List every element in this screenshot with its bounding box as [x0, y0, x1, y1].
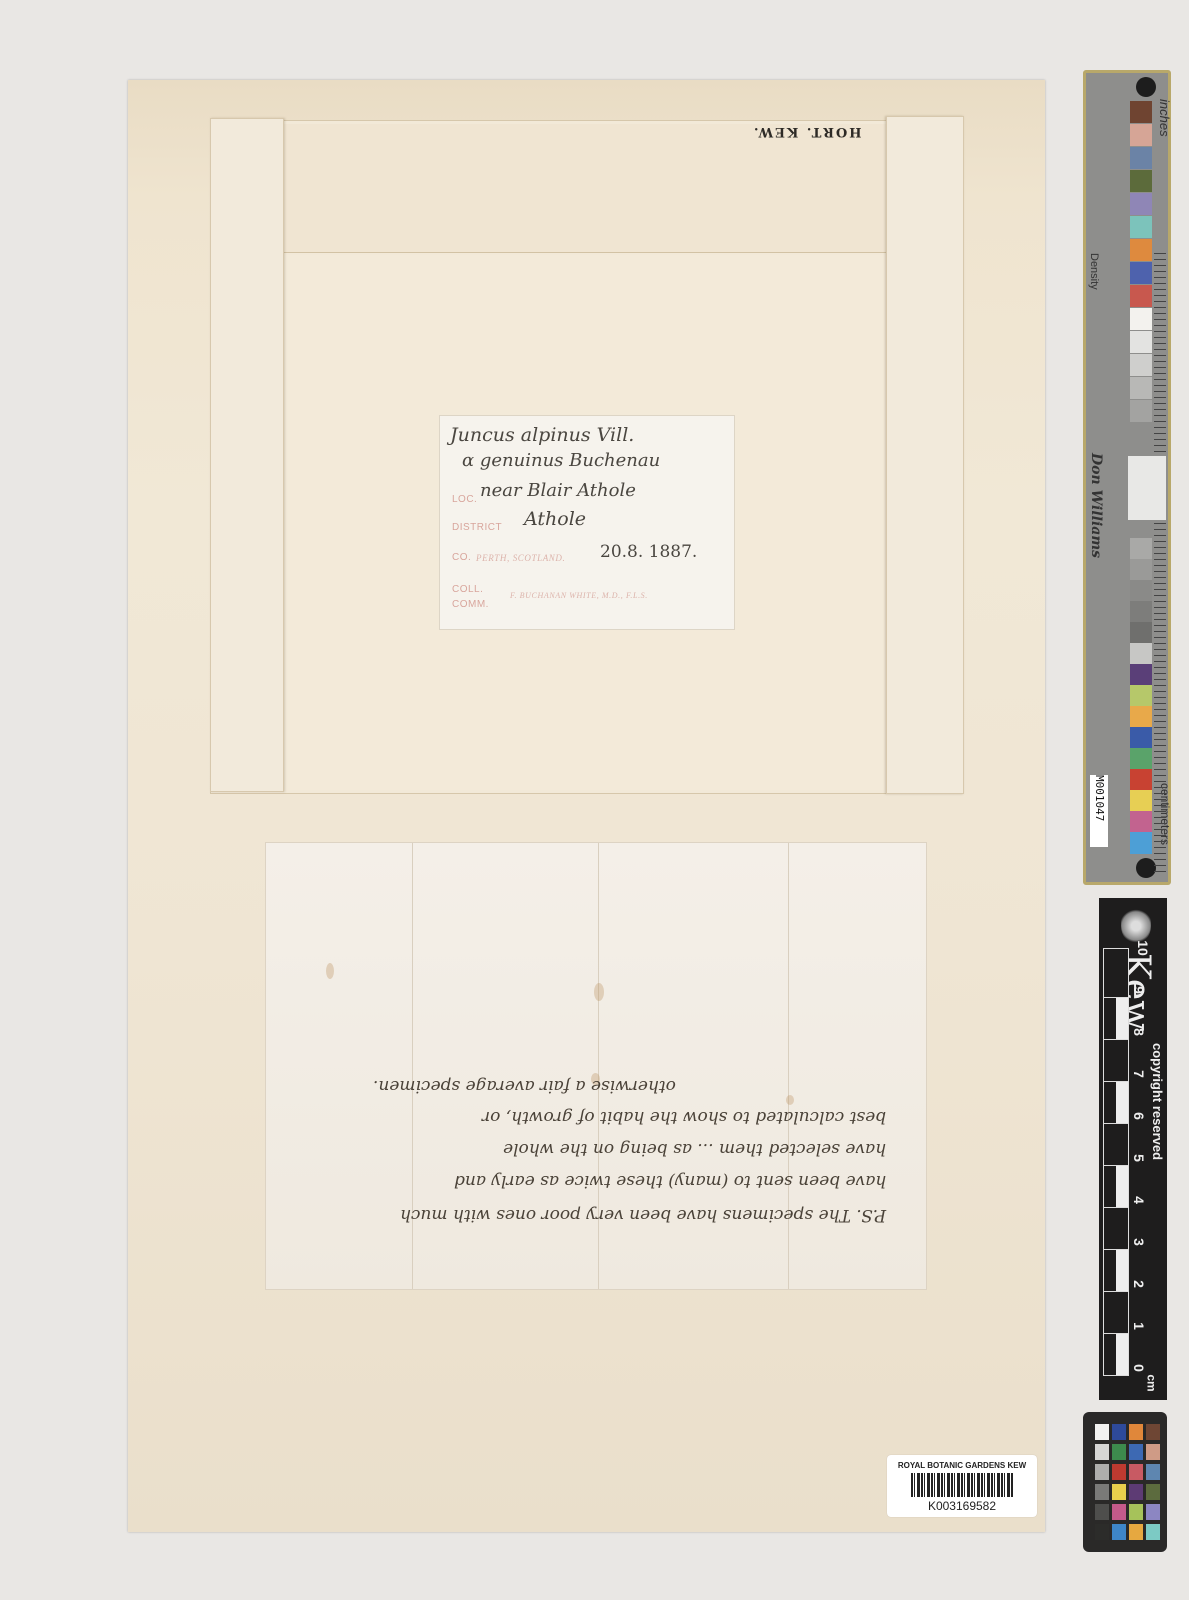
locality: near Blair Athole [480, 480, 636, 501]
ruler-hole [1136, 858, 1156, 878]
folder-right-flap[interactable] [886, 116, 964, 794]
ruler-brand: Don Williams [1088, 453, 1104, 558]
comm-label: COMM. [452, 599, 489, 610]
cm-tick-label: 0 [1131, 1364, 1147, 1372]
color-chip [1112, 1484, 1126, 1500]
taxon-name: Juncus alpinus Vill. [450, 424, 634, 446]
ruler-code-tag: M001047 [1090, 775, 1108, 847]
color-swatch [1130, 559, 1152, 581]
copyright-text: copyright reserved [1150, 1043, 1165, 1160]
attached-letter: otherwise a fair average specimen. best … [265, 842, 927, 1290]
letter-line: P.S. The specimens have been very poor o… [400, 1205, 886, 1225]
barcode-number: K003169582 [887, 1499, 1037, 1513]
folder-left-flap[interactable] [210, 118, 284, 792]
color-chip [1146, 1444, 1160, 1460]
color-chip [1095, 1444, 1109, 1460]
color-swatch [1130, 790, 1152, 812]
color-chip [1112, 1524, 1126, 1540]
color-swatch [1130, 400, 1152, 422]
color-swatch [1130, 308, 1152, 330]
color-density-ruler: inches centimeters Don Williams Density … [1083, 70, 1171, 885]
color-chip [1112, 1424, 1126, 1440]
specimen-label: Juncus alpinus Vill. α genuinus Buchenau… [439, 415, 735, 630]
stain [326, 963, 334, 979]
coll-label: COLL. [452, 584, 483, 595]
color-swatch [1130, 643, 1152, 665]
color-swatch [1130, 832, 1152, 854]
ruler-hole [1136, 77, 1156, 97]
kew-scale-bar: Kew Royal Botanic Gardens copyright rese… [1099, 898, 1167, 1400]
stain [594, 983, 604, 1001]
institution-name: ROYAL BOTANIC GARDENS KEW [887, 1461, 1037, 1470]
cm-tick-label: 6 [1131, 1112, 1147, 1120]
letter-line: have been sent to (many) these twice as … [454, 1171, 886, 1191]
color-swatch [1130, 622, 1152, 644]
color-chip [1129, 1464, 1143, 1480]
color-swatch [1130, 124, 1152, 146]
gray-target [1128, 456, 1166, 520]
barcode-icon [911, 1473, 1013, 1497]
color-chip [1146, 1504, 1160, 1520]
color-chip [1146, 1484, 1160, 1500]
color-swatch [1130, 538, 1152, 560]
color-swatch [1130, 727, 1152, 749]
color-swatch [1130, 748, 1152, 770]
district-label: DISTRICT [452, 522, 502, 533]
color-swatch [1130, 262, 1152, 284]
collector: F. BUCHANAN WHITE, M.D., F.L.S. [510, 591, 648, 600]
color-swatch [1130, 580, 1152, 602]
color-chip [1095, 1504, 1109, 1520]
letter-line: otherwise a fair average specimen. [373, 1076, 676, 1096]
inches-label: inches [1157, 99, 1172, 137]
loc-label: LOC. [452, 494, 477, 505]
color-chip [1112, 1444, 1126, 1460]
ruler-code: M001047 [1093, 775, 1106, 821]
color-chip [1095, 1464, 1109, 1480]
cm-tick-label: 3 [1131, 1238, 1147, 1246]
folder-stamp: HORT. KEW. [752, 124, 862, 139]
color-chip [1129, 1524, 1143, 1540]
taxon-variety: α genuinus Buchenau [462, 450, 660, 471]
letter-line: have selected them ... as being on the w… [503, 1139, 886, 1159]
color-chip [1146, 1464, 1160, 1480]
color-chip [1095, 1484, 1109, 1500]
color-swatch [1130, 377, 1152, 399]
color-swatch [1130, 354, 1152, 376]
cm-tick-label: 5 [1131, 1154, 1147, 1162]
color-swatch [1130, 331, 1152, 353]
district: Athole [524, 508, 586, 530]
color-swatch [1130, 423, 1152, 445]
color-swatch [1130, 811, 1152, 833]
color-chip [1129, 1504, 1143, 1520]
collection-date: 20.8. 1887. [600, 542, 697, 562]
kew-crest-icon [1121, 908, 1151, 944]
color-chip [1129, 1484, 1143, 1500]
color-swatch [1130, 147, 1152, 169]
cm-tick [1103, 948, 1129, 998]
color-swatch [1130, 170, 1152, 192]
cm-tick-label: 2 [1131, 1280, 1147, 1288]
ruler-scale [1154, 253, 1166, 873]
color-swatch [1130, 685, 1152, 707]
county: PERTH, SCOTLAND. [476, 553, 565, 563]
color-chip [1112, 1464, 1126, 1480]
color-chip [1095, 1524, 1109, 1540]
color-chip [1146, 1424, 1160, 1440]
color-swatch [1130, 769, 1152, 791]
color-swatch [1130, 601, 1152, 623]
color-chip [1129, 1424, 1143, 1440]
color-swatch [1130, 664, 1152, 686]
cm-tick-label: 1 [1131, 1322, 1147, 1330]
letter-line: best calculated to show the habit of gro… [482, 1107, 886, 1127]
cm-tick-label: 10 [1135, 940, 1151, 956]
cm-tick-label: 4 [1131, 1196, 1147, 1204]
cm-unit: cm [1145, 1374, 1159, 1391]
county-label: CO. [452, 552, 471, 563]
cm-tick-label: 9 [1131, 986, 1147, 994]
color-chip [1112, 1504, 1126, 1520]
color-chip [1129, 1444, 1143, 1460]
cm-tick-label: 8 [1131, 1028, 1147, 1036]
density-label: Density [1088, 253, 1100, 290]
color-swatch [1130, 239, 1152, 261]
cm-tick-label: 7 [1131, 1070, 1147, 1078]
color-chip [1095, 1424, 1109, 1440]
stain [786, 1095, 794, 1105]
color-swatch [1130, 285, 1152, 307]
color-calibration-card [1083, 1412, 1167, 1552]
color-swatch [1130, 101, 1152, 123]
color-swatch [1130, 193, 1152, 215]
folder-top-fold [282, 124, 886, 253]
color-swatch [1130, 216, 1152, 238]
barcode-label: ROYAL BOTANIC GARDENS KEW K003169582 [887, 1455, 1037, 1517]
color-chip [1146, 1524, 1160, 1540]
color-swatch [1130, 706, 1152, 728]
